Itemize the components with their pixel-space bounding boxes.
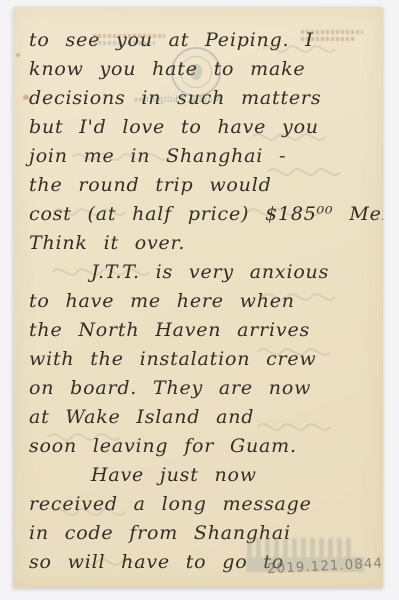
letter-line: soon leaving for Guam. [29,432,375,461]
letter-line: Think it over. [29,229,375,258]
letter-line: know you hate to make [29,55,375,84]
letter-line: the round trip would [29,171,375,200]
letter-page: Manila, Philippines to see you at Peipin… [13,7,383,588]
letter-line: with the instalation crew [29,345,375,374]
foxing-spot [16,53,20,57]
photograph: Manila, Philippines to see you at Peipin… [0,0,399,600]
letter-line: at Wake Island and [29,403,375,432]
letter-line: the North Haven arrives [29,316,375,345]
letter-line: Have just now [29,461,375,490]
letter-line: to have me here when [29,287,375,316]
letter-line: but I'd love to have you [29,113,375,142]
foxing-spot [23,95,29,100]
letter-text: to see you at Peiping. I know you hate t… [29,26,375,577]
letter-line: received a long message [29,490,375,519]
letter-line: join me in Shanghai - [29,142,375,171]
letter-line: cost (at half price) $185⁰⁰ Mex. [29,200,375,229]
letter-line: J.T.T. is very anxious [29,258,375,287]
letter-line: decisions in such matters [29,84,375,113]
letter-line: on board. They are now [29,374,375,403]
letter-line: to see you at Peiping. I [29,26,375,55]
